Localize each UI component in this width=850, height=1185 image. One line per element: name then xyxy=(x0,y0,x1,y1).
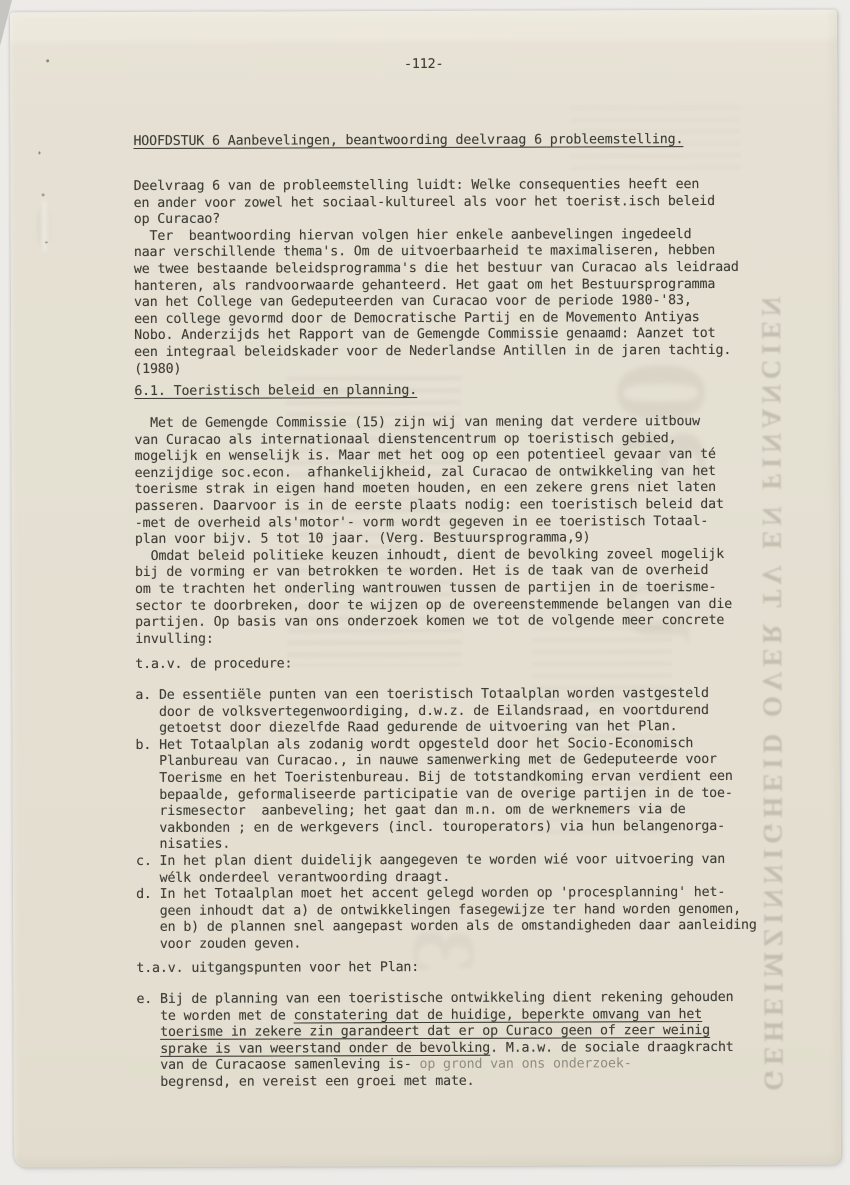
section-heading: 6.1. Toeristisch beleid en planning. xyxy=(134,383,417,401)
scanned-document-screenshot: { "page": { "number": "-112-", "backgrou… xyxy=(0,0,850,1185)
item-e-faint-insert: op grond van ons onderzoek- xyxy=(419,1057,631,1073)
paper-page: GEHEIMZINNIGHEID OVER TV EN FINANCIEN 30… xyxy=(10,10,841,1168)
intro-paragraph: Deelvraag 6 van de probleemstelling luid… xyxy=(134,177,740,378)
procedure-list: a. De essentiële punten van een toeristi… xyxy=(135,686,757,954)
section-intro-paragraph: Met de Gemengde Commissie (15) zijn wij … xyxy=(134,414,732,648)
paper-speck xyxy=(42,193,45,196)
plan-item-e: e. Bij de planning van een toeristische … xyxy=(136,990,733,1092)
chapter-heading: HOOFDSTUK 6 Aanbevelingen, beantwoording… xyxy=(133,132,683,151)
procedure-label: t.a.v. de procedure: xyxy=(135,656,292,673)
item-e-underlined-2: toerisme in zekere zin garandeert dat er… xyxy=(160,1023,710,1040)
bleedthrough-headline-text: GEHEIMZINNIGHEID OVER TV EN FINANCIEN xyxy=(755,291,789,1090)
item-e-underlined-1: constatering dat de huidige, beperkte om… xyxy=(294,1007,703,1023)
paper-speck xyxy=(38,151,40,154)
item-e-underlined-3: sprake is van weerstand onder de bevolki… xyxy=(160,1041,490,1057)
paper-crease xyxy=(38,200,51,252)
plan-label: t.a.v. uitgangspunten voor het Plan: xyxy=(136,960,419,978)
page-number: -112- xyxy=(10,56,837,75)
